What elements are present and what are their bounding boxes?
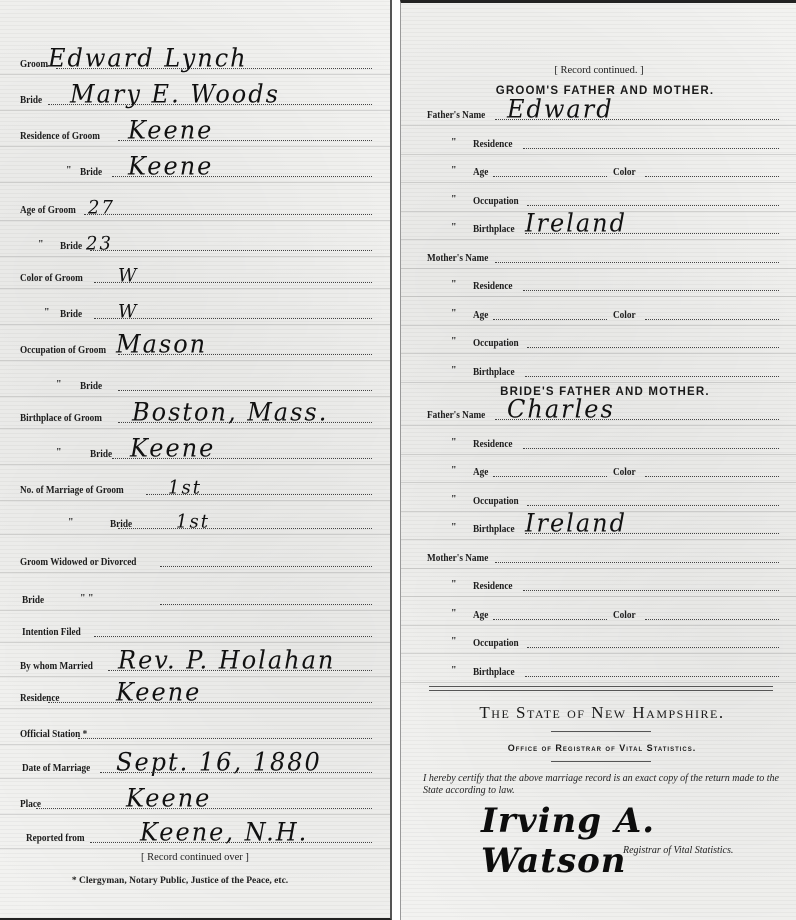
- fill-line: [523, 290, 779, 291]
- handwritten-value: Ireland: [525, 208, 627, 237]
- field-row-bride: "BrideKeene: [0, 152, 390, 183]
- ditto-mark: ": [451, 579, 457, 590]
- age-label: Age: [473, 610, 488, 621]
- field-label: Bride: [60, 309, 82, 320]
- certification-statement: I hereby certify that the above marriage…: [423, 773, 779, 797]
- fill-line: [493, 619, 607, 620]
- handwritten-value: Edward Lynch: [48, 43, 248, 72]
- fill-line: [160, 604, 372, 605]
- mother-residence-row: "Residence: [401, 266, 796, 297]
- field-row-intention-filed: Intention Filed: [0, 612, 390, 643]
- color-label: Color: [613, 467, 636, 478]
- field-label: Bride: [90, 449, 112, 460]
- handwritten-value: 1st: [176, 510, 210, 532]
- handwritten-value: Mary E. Woods: [70, 79, 280, 108]
- mother-name-row: Mother's Name: [401, 538, 796, 569]
- field-label: Bride: [60, 241, 82, 252]
- ditto-mark: ": [451, 522, 457, 533]
- field-row-groom: GroomEdward Lynch: [0, 44, 390, 75]
- fill-line: [525, 376, 779, 377]
- state-title: The State of New Hampshire.: [407, 703, 796, 723]
- handwritten-value: 23: [86, 232, 113, 254]
- divider: [429, 686, 773, 687]
- field-row-residence: ResidenceKeene: [0, 678, 390, 709]
- birthplace-label: Birthplace: [473, 367, 515, 378]
- mother-birthplace-row: "Birthplace: [401, 652, 796, 683]
- mother-birthplace-row: "Birthplace: [401, 352, 796, 383]
- field-label: Bride: [80, 167, 102, 178]
- fill-line: [118, 528, 372, 529]
- ditto-mark: ": [451, 194, 457, 205]
- field-label: Age of Groom: [20, 205, 76, 216]
- field-row-bride: BrideMary E. Woods: [0, 80, 390, 111]
- fill-line: [523, 148, 779, 149]
- record-back-page: [ Record continued. ] GROOM'S FATHER AND…: [400, 0, 796, 920]
- handwritten-value: Keene: [128, 151, 213, 180]
- ditto-mark: ": [451, 665, 457, 676]
- ditto-mark: ": [68, 517, 74, 528]
- father-age-color-row: "AgeColor: [401, 452, 796, 483]
- ditto-mark: ": [38, 239, 44, 250]
- handwritten-value: Keene: [116, 677, 201, 706]
- field-label: Bride: [22, 595, 44, 606]
- record-continued-header: [ Record continued. ]: [401, 65, 796, 76]
- ditto-mark: ": [451, 308, 457, 319]
- fill-line: [527, 505, 779, 506]
- office-title: Office of Registrar of Vital Statistics.: [407, 743, 796, 753]
- fill-line: [645, 619, 779, 620]
- fill-line: [495, 262, 779, 263]
- handwritten-value: W: [118, 300, 139, 322]
- fill-line: [527, 347, 779, 348]
- divider: [551, 761, 651, 762]
- ditto-mark: ": [451, 279, 457, 290]
- handwritten-value: Mason: [116, 329, 207, 358]
- field-label: Residence of Groom: [20, 131, 100, 142]
- father-occupation-row: "Occupation: [401, 481, 796, 512]
- ditto-mark: ": [56, 379, 62, 390]
- fill-line: [527, 647, 779, 648]
- field-row-bride: "BrideW: [0, 294, 390, 325]
- field-label: Groom: [20, 59, 48, 70]
- birthplace-label: Birthplace: [473, 224, 515, 235]
- handwritten-value: Rev. P. Holahan: [118, 645, 335, 674]
- father-birthplace-row: "BirthplaceIreland: [401, 509, 796, 540]
- fill-line: [493, 476, 607, 477]
- ditto-mark: " ": [80, 593, 94, 604]
- mother-age-color-row: "AgeColor: [401, 295, 796, 326]
- fill-line: [78, 738, 372, 739]
- ditto-mark: ": [451, 636, 457, 647]
- fill-line: [525, 676, 779, 677]
- field-row-reported-from: Reported fromKeene, N.H.: [0, 818, 390, 849]
- color-label: Color: [613, 610, 636, 621]
- father-name-row: Father's NameCharles: [401, 395, 796, 426]
- fill-line: [493, 176, 607, 177]
- fill-line: [527, 205, 779, 206]
- record-continued-note: [ Record continued over ]: [0, 852, 390, 863]
- field-row-color-of-groom: Color of GroomW: [0, 258, 390, 289]
- field-label: Birthplace of Groom: [20, 413, 102, 424]
- registrar-signature: Irving A. Watson: [481, 801, 796, 881]
- fill-line: [160, 566, 372, 567]
- registrar-title: Registrar of Vital Statistics.: [623, 845, 733, 856]
- ditto-mark: ": [451, 222, 457, 233]
- father-age-color-row: "AgeColor: [401, 152, 796, 183]
- handwritten-value: Sept. 16, 1880: [116, 747, 322, 776]
- field-label: Bride: [20, 95, 42, 106]
- age-label: Age: [473, 310, 488, 321]
- ditto-mark: ": [451, 465, 457, 476]
- field-label: Bride: [80, 381, 102, 392]
- parent-name-label: Mother's Name: [427, 253, 488, 264]
- field-label: Intention Filed: [22, 627, 81, 638]
- field-label: No. of Marriage of Groom: [20, 485, 124, 496]
- handwritten-value: Keene, N.H.: [140, 817, 308, 846]
- field-row-bride: "BrideKeene: [0, 434, 390, 465]
- handwritten-value: Keene: [126, 783, 211, 812]
- handwritten-value: Keene: [130, 433, 215, 462]
- fill-line: [645, 176, 779, 177]
- field-row-place: PlaceKeene: [0, 784, 390, 815]
- residence-label: Residence: [473, 139, 513, 150]
- ditto-mark: ": [56, 447, 62, 458]
- handwritten-value: W: [118, 264, 139, 286]
- fill-line: [48, 702, 372, 703]
- handwritten-value: Charles: [507, 394, 615, 423]
- ditto-mark: ": [451, 494, 457, 505]
- handwritten-value: 27: [88, 196, 115, 218]
- divider: [429, 690, 773, 691]
- mother-occupation-row: "Occupation: [401, 623, 796, 654]
- fill-line: [118, 390, 372, 391]
- field-row-residence-of-groom: Residence of GroomKeene: [0, 116, 390, 147]
- divider: [551, 731, 651, 732]
- birthplace-label: Birthplace: [473, 524, 515, 535]
- record-front-page: GroomEdward LynchBrideMary E. WoodsResid…: [0, 0, 392, 920]
- ditto-mark: ": [451, 137, 457, 148]
- father-occupation-row: "Occupation: [401, 181, 796, 212]
- mother-name-row: Mother's Name: [401, 238, 796, 269]
- field-row-occupation-of-groom: Occupation of GroomMason: [0, 330, 390, 361]
- field-row-birthplace-of-groom: Birthplace of GroomBoston, Mass.: [0, 398, 390, 429]
- father-residence-row: "Residence: [401, 124, 796, 155]
- age-label: Age: [473, 467, 488, 478]
- ditto-mark: ": [451, 437, 457, 448]
- field-row-bride: "Bride: [0, 366, 390, 397]
- occupation-label: Occupation: [473, 496, 519, 507]
- fill-line: [94, 636, 372, 637]
- official-station-footnote: * Clergyman, Notary Public, Justice of t…: [0, 876, 390, 886]
- mother-residence-row: "Residence: [401, 566, 796, 597]
- ditto-mark: ": [451, 608, 457, 619]
- parent-name-label: Mother's Name: [427, 553, 488, 564]
- handwritten-value: Keene: [128, 115, 213, 144]
- fill-line: [493, 319, 607, 320]
- field-label: Occupation of Groom: [20, 345, 106, 356]
- fill-line: [84, 214, 372, 215]
- father-residence-row: "Residence: [401, 424, 796, 455]
- residence-label: Residence: [473, 439, 513, 450]
- fill-line: [523, 590, 779, 591]
- fill-line: [645, 476, 779, 477]
- fill-line: [495, 562, 779, 563]
- mother-occupation-row: "Occupation: [401, 323, 796, 354]
- mother-age-color-row: "AgeColor: [401, 595, 796, 626]
- birthplace-label: Birthplace: [473, 667, 515, 678]
- occupation-label: Occupation: [473, 338, 519, 349]
- father-name-row: Father's NameEdward: [401, 95, 796, 126]
- parent-name-label: Father's Name: [427, 110, 485, 121]
- parent-name-label: Father's Name: [427, 410, 485, 421]
- handwritten-value: 1st: [168, 476, 202, 498]
- occupation-label: Occupation: [473, 196, 519, 207]
- field-label: Color of Groom: [20, 273, 83, 284]
- ditto-mark: ": [451, 165, 457, 176]
- age-label: Age: [473, 167, 488, 178]
- father-birthplace-row: "BirthplaceIreland: [401, 209, 796, 240]
- color-label: Color: [613, 167, 636, 178]
- handwritten-value: Edward: [507, 94, 614, 123]
- fill-line: [90, 250, 372, 251]
- field-row-date-of-marriage: Date of MarriageSept. 16, 1880: [0, 748, 390, 779]
- ditto-mark: ": [451, 336, 457, 347]
- field-row-age-of-groom: Age of Groom27: [0, 190, 390, 221]
- occupation-label: Occupation: [473, 638, 519, 649]
- ditto-mark: ": [451, 365, 457, 376]
- residence-label: Residence: [473, 281, 513, 292]
- ditto-mark: ": [44, 307, 50, 318]
- field-label: Reported from: [26, 833, 85, 844]
- handwritten-value: Boston, Mass.: [132, 397, 328, 426]
- field-label: Groom Widowed or Divorced: [20, 557, 136, 568]
- field-row-official-station: Official Station *: [0, 714, 390, 745]
- field-row-bride: "Bride1st: [0, 504, 390, 535]
- field-row-no-of-marriage-of-groom: No. of Marriage of Groom1st: [0, 470, 390, 501]
- ditto-mark: ": [66, 165, 72, 176]
- field-label: By whom Married: [20, 661, 93, 672]
- fill-line: [645, 319, 779, 320]
- color-label: Color: [613, 310, 636, 321]
- fill-line: [523, 448, 779, 449]
- field-label: Date of Marriage: [22, 763, 90, 774]
- handwritten-value: Ireland: [525, 508, 627, 537]
- field-row-groom-widowed-or-divorced: Groom Widowed or Divorced: [0, 542, 390, 573]
- field-row-by-whom-married: By whom MarriedRev. P. Holahan: [0, 646, 390, 677]
- field-row-bride: " "Bride: [0, 580, 390, 611]
- residence-label: Residence: [473, 581, 513, 592]
- field-row-bride: "Bride23: [0, 226, 390, 257]
